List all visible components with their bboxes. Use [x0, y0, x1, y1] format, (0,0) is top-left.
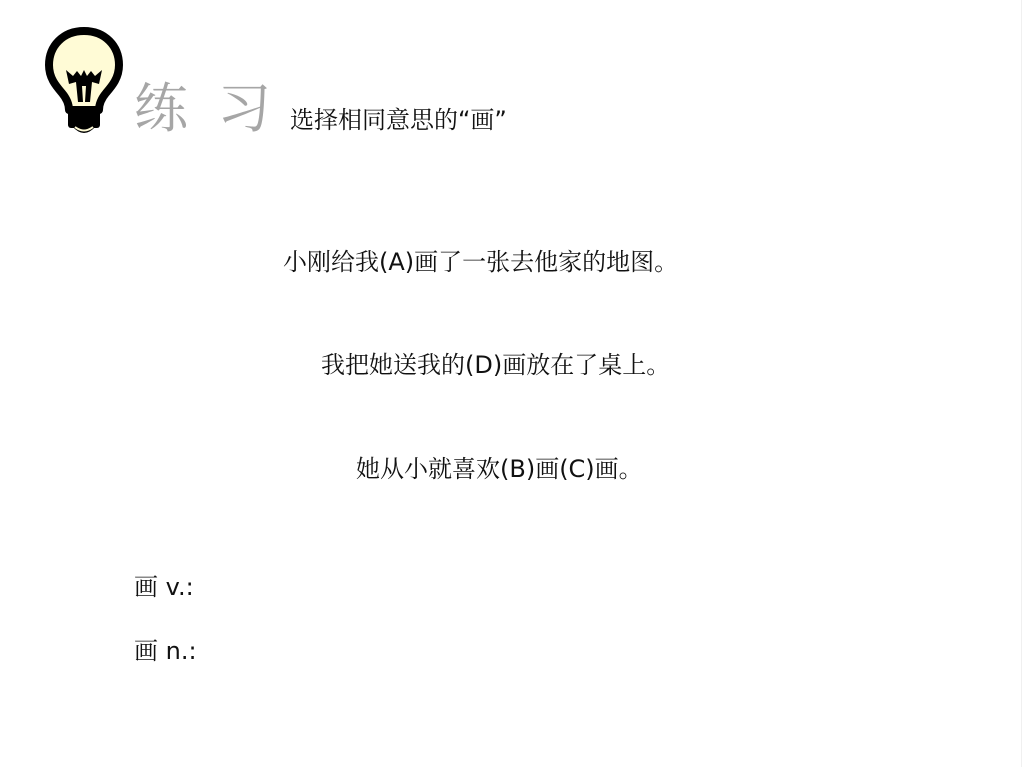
instruction-text: 选择相同意思的“画”	[290, 103, 507, 137]
slide-edge	[1021, 0, 1022, 767]
page-title: 练 习	[134, 74, 277, 144]
sentence-1: 小刚给我(A)画了一张去他家的地图。	[283, 245, 678, 279]
answer-verb-label: 画 v.:	[134, 570, 194, 604]
lightbulb-icon	[44, 26, 124, 140]
sentence-3: 她从小就喜欢(B)画(C)画。	[356, 452, 643, 486]
sentence-2: 我把她送我的(D)画放在了桌上。	[321, 348, 670, 382]
answer-noun-label: 画 n.:	[134, 634, 197, 668]
slide: 练 习 选择相同意思的“画” 小刚给我(A)画了一张去他家的地图。 我把她送我的…	[0, 0, 1024, 767]
